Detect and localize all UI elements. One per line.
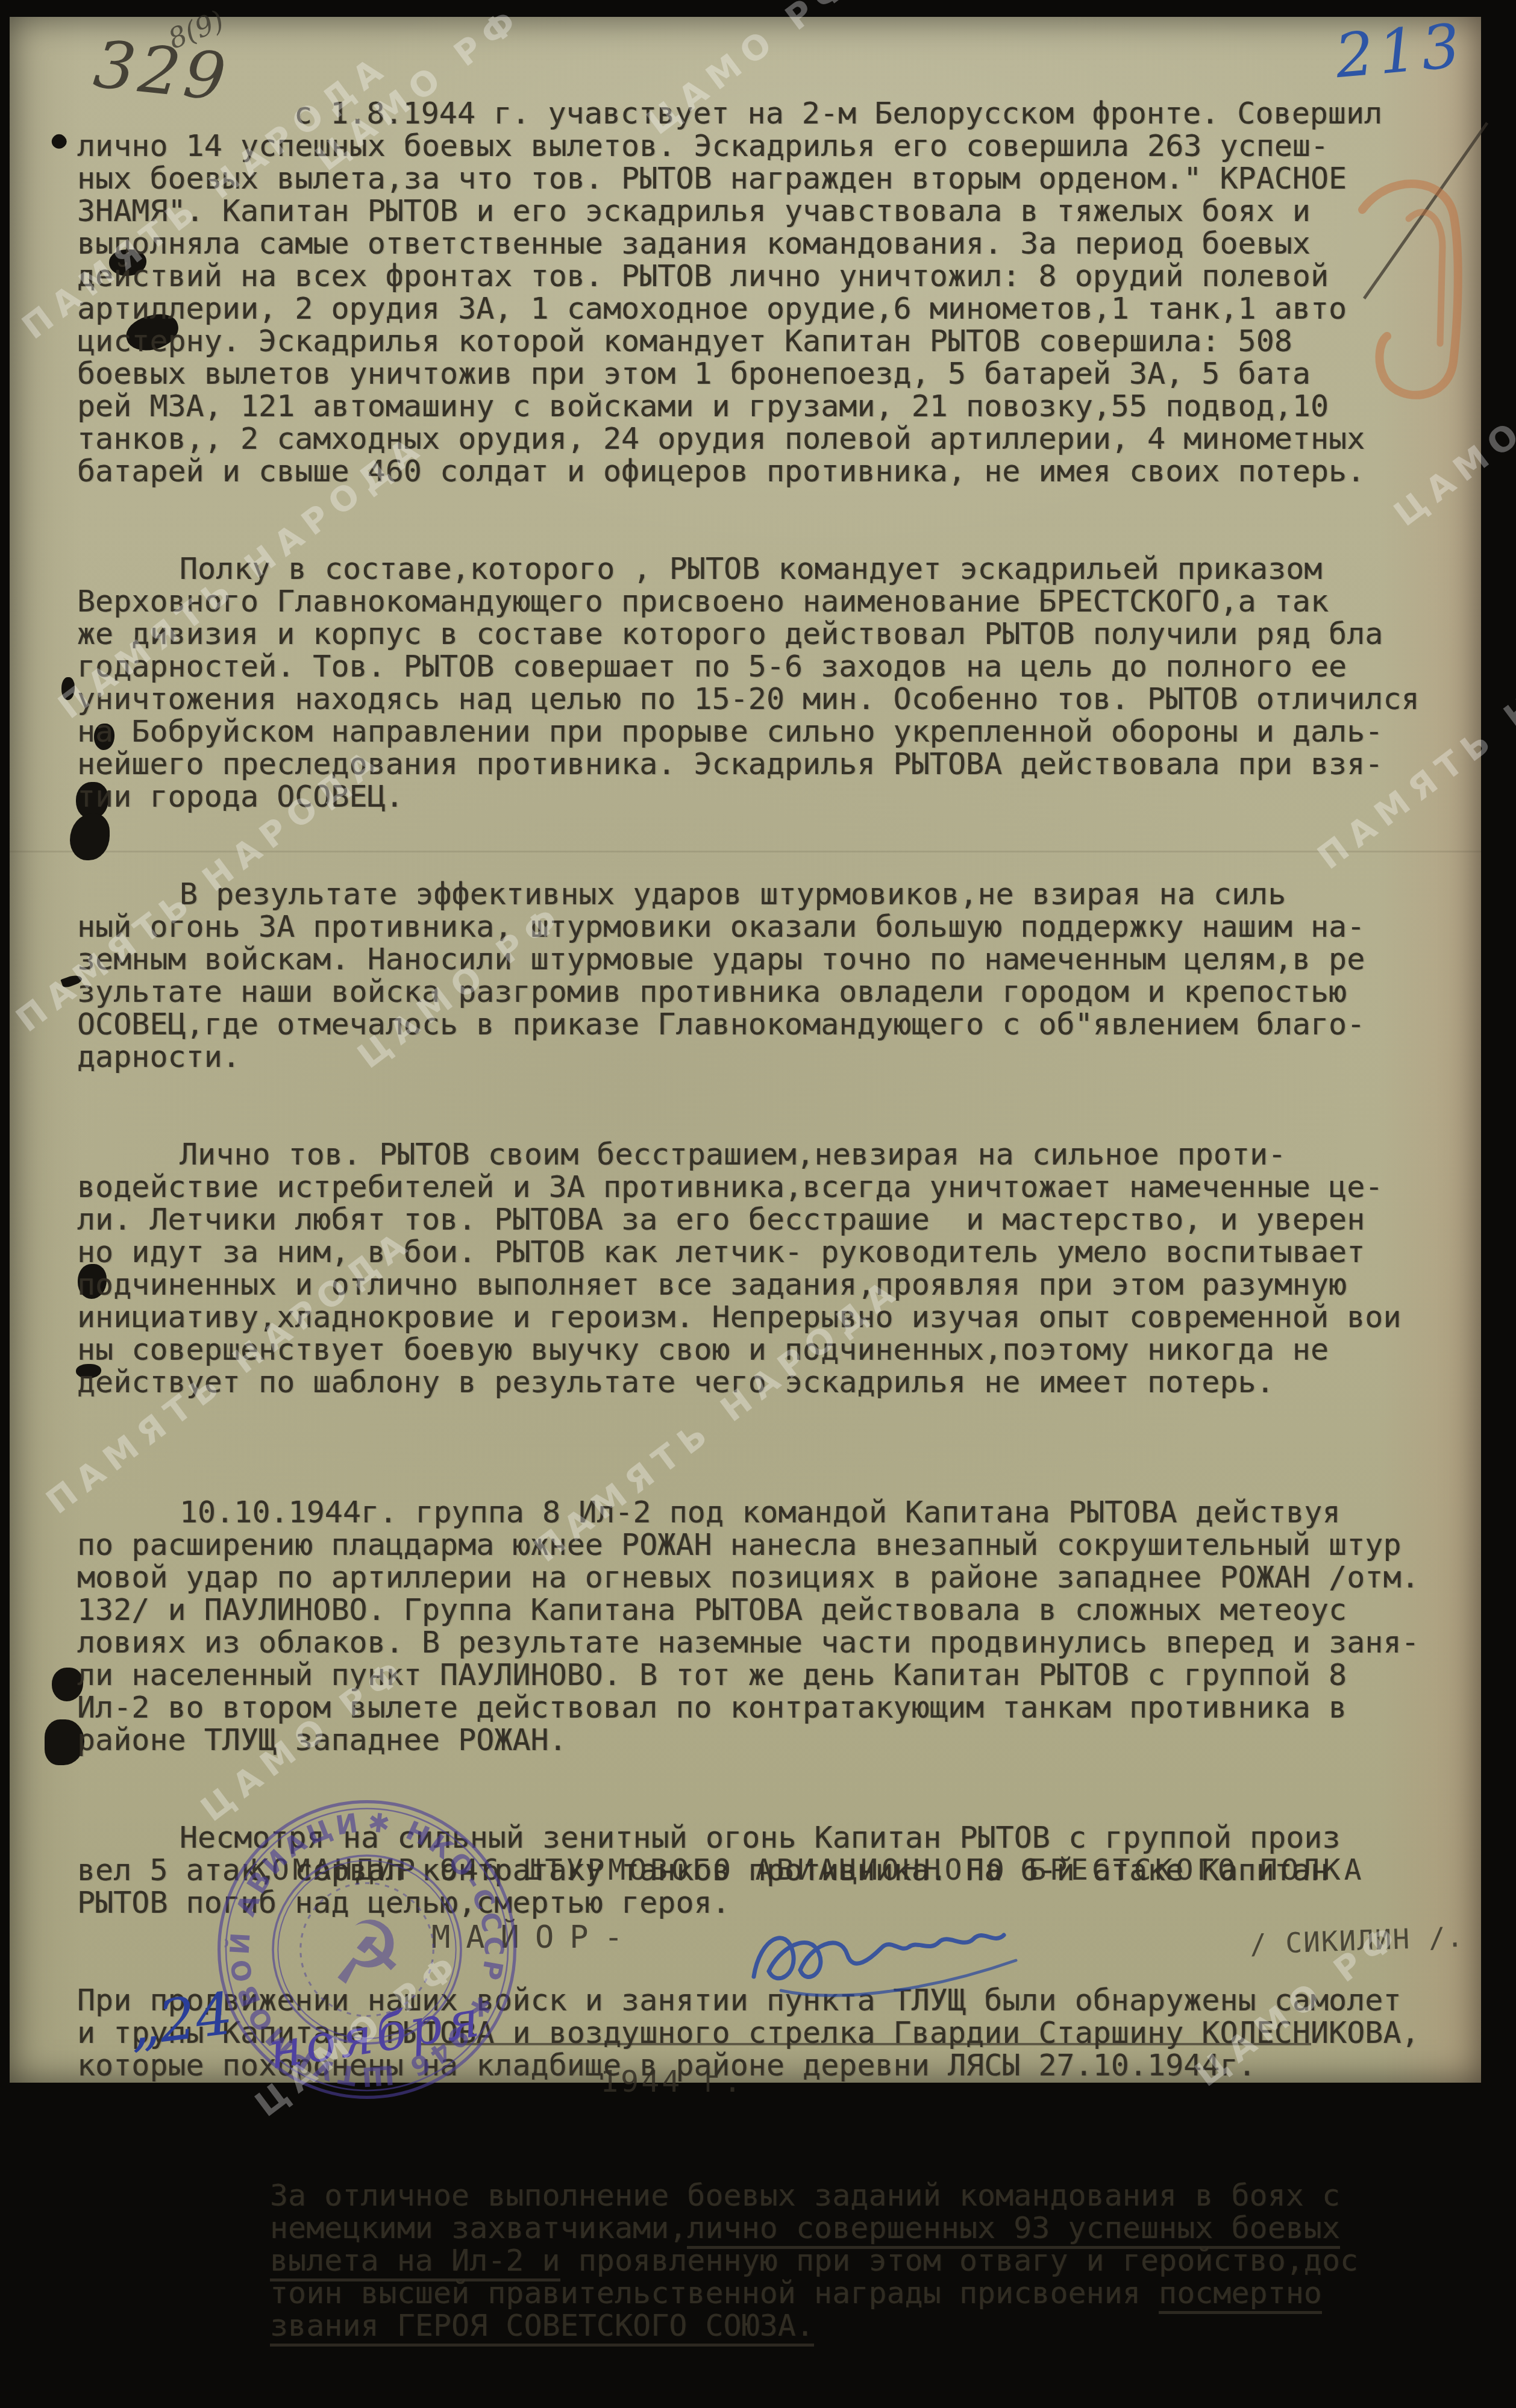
document-paper: с 1.8.1944 г. учавствует на 2-м Белорусс…	[10, 17, 1481, 2083]
body-paragraph-4: Лично тов. РЫТОВ своим бесстрашием,невзи…	[77, 1138, 1463, 1398]
scanned-page: с 1.8.1944 г. учавствует на 2-м Белорусс…	[0, 0, 1516, 2109]
hammer-and-sickle-emblem: ☭	[337, 1892, 397, 2008]
ink-blot	[49, 131, 69, 152]
orange-correction-mark	[1329, 161, 1516, 427]
body-paragraph-5: 10.10.1944г. группа 8 Ил-2 под командой …	[77, 1496, 1463, 1756]
body-paragraph-3: В результате эффективных ударов штурмови…	[77, 878, 1463, 1073]
commander-signature	[739, 1895, 1076, 2010]
body-paragraph-2: Полку в составе,которого , РЫТОВ команду…	[77, 552, 1463, 813]
ink-blot	[61, 677, 75, 700]
body-paragraph-1: с 1.8.1944 г. учавствует на 2-м Белорусс…	[77, 97, 1463, 487]
handwritten-day: „24	[125, 1980, 236, 2059]
scan-page-number-blue: 213	[1332, 10, 1467, 92]
